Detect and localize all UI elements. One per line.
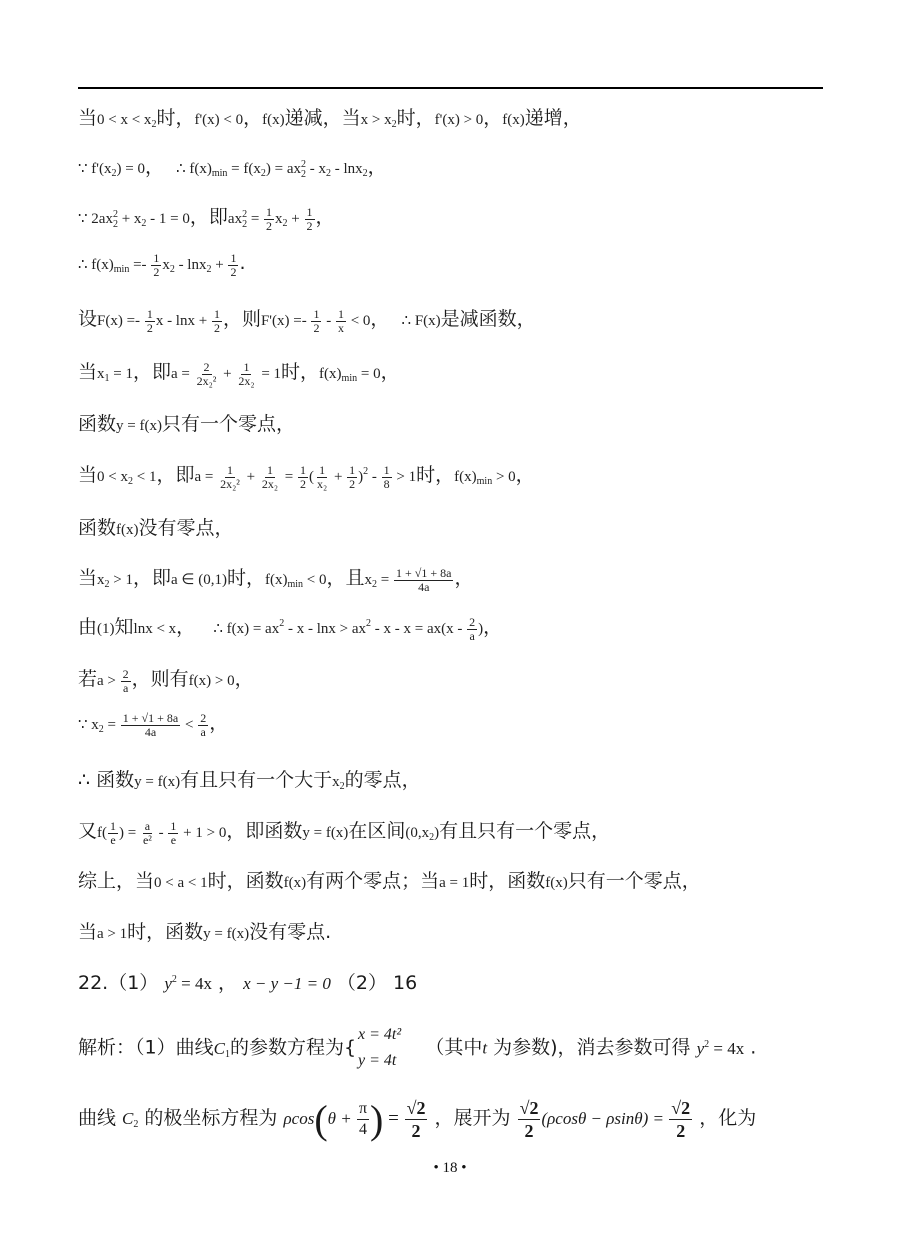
text: ， — [316, 206, 335, 228]
text: ，且 — [327, 567, 365, 589]
text: ，即 — [156, 464, 194, 486]
solution-line-15: 又f(1e) = ae² - 1e + 1 > 0，即函数y = f(x)在区间… — [78, 816, 610, 847]
math-inline: a = 1 — [439, 875, 469, 891]
math-inline: 0 < x < x2 — [97, 112, 156, 128]
text: 时， — [416, 464, 454, 486]
text: ，即 — [133, 567, 171, 589]
math-inline: C1 — [214, 1039, 230, 1058]
text: 的零点， — [345, 769, 421, 791]
text: 综上，当 — [78, 870, 154, 892]
fraction: 12 — [212, 308, 222, 335]
math-inline: f(x) — [284, 875, 307, 891]
math-inline: f(x)min < 0 — [265, 572, 327, 588]
solution-line-5: 设F(x) =- 12x - lnx + 12，则F'(x) =- 12 - 1… — [78, 304, 536, 335]
text: ，则有 — [132, 668, 189, 690]
fraction: 1 + √1 + 8a4a — [121, 712, 180, 739]
math-inline: a = 22x₂² + 12x₂ = 1 — [171, 366, 281, 382]
text: 当 — [78, 921, 97, 943]
text: ， — [483, 107, 502, 129]
solution-line-16: 综上，当0 < a < 1时，函数f(x)有两个零点；当a = 1时，函数f(x… — [78, 866, 701, 893]
text: 时， — [156, 107, 194, 129]
solution-line-6: 当x1 = 1，即a = 22x₂² + 12x₂ = 1时，f(x)min =… — [78, 357, 400, 388]
math-inline: x1 = 1 — [97, 366, 133, 382]
math-inline: f(1e) = ae² - 1e + 1 > 0 — [97, 825, 226, 841]
text: 时， — [227, 567, 265, 589]
text: ， — [243, 107, 262, 129]
fraction: 12 — [347, 464, 357, 491]
text: 当 — [78, 567, 97, 589]
text: 没有零点. — [249, 921, 331, 943]
math-inline: F'(x) =- 12 - 1x < 0 — [261, 313, 370, 329]
parametric-system: x = 4t²y = 4t — [358, 1022, 401, 1074]
math-inline: F(x) =- 12x - lnx + 12 — [97, 313, 223, 329]
math-inline: x > x2 — [361, 112, 397, 128]
solution-line-7: 函数y = f(x)只有一个零点， — [78, 409, 295, 436]
fraction: 1x₂ — [315, 464, 329, 491]
math-inline: y = f(x) — [203, 926, 249, 942]
math-inline: x − y −1 = 0 — [243, 974, 331, 993]
math-inline: a > 2a — [97, 673, 132, 689]
solution-line-14: ∴ 函数y = f(x)有且只有一个大于x2的零点， — [78, 765, 421, 792]
fraction: 1e — [168, 820, 178, 847]
solution-line-9: 函数f(x)没有零点， — [78, 513, 234, 540]
fraction: 12 — [151, 252, 161, 279]
solution-line-8: 当0 < x2 < 1，即a = 12x₂² + 12x₂ = 12(1x₂ +… — [78, 460, 535, 491]
fraction: 22x₂² — [195, 361, 219, 388]
text: 在区间 — [348, 820, 405, 842]
solution-line-17: 当a > 1时，函数y = f(x)没有零点. — [78, 917, 331, 944]
text: ，化为 — [693, 1107, 756, 1129]
solution-line-10: 当x2 > 1，即a ∈ (0,1)时，f(x)min < 0，且x2 = 1 … — [78, 563, 473, 594]
math-inline: y = f(x) — [302, 825, 348, 841]
text: ， — [454, 567, 473, 589]
text: 没有零点， — [139, 517, 234, 539]
math-inline: (1) — [97, 621, 115, 637]
solution-line-4: ∴ f(x)min =- 12x2 - lnx2 + 12. — [78, 252, 246, 279]
analysis-line-1: 解析：（1）曲线C1的参数方程为{x = 4t²y = 4t （其中t 为参数)… — [78, 1022, 756, 1074]
math-inline: x2 = 1 + √1 + 8a4a — [365, 572, 455, 588]
fraction: 12x₂² — [218, 464, 242, 491]
fraction: √22 — [518, 1097, 541, 1142]
math-inline: ∵ f'(x2) = 0 — [78, 161, 145, 177]
math-inline: y = f(x) — [116, 418, 162, 434]
text: 时，函数 — [127, 921, 203, 943]
text: 有且只有一个零点， — [439, 820, 610, 842]
text: . — [239, 252, 245, 274]
text: ， — [483, 616, 502, 638]
math-inline: f'(x) > 0 — [435, 112, 484, 128]
math-inline: a > 1 — [97, 926, 127, 942]
text: ， — [212, 972, 243, 994]
text: ， — [209, 712, 228, 734]
math-inline: ax22 = 12x2 + 12 — [228, 211, 316, 227]
text: 函数 — [78, 517, 116, 539]
text: 递减，当 — [285, 107, 361, 129]
text: 又 — [78, 820, 97, 842]
text: 曲线 — [78, 1107, 122, 1129]
math-inline: f(x) — [262, 112, 285, 128]
fraction: 12x₂ — [236, 361, 256, 388]
math-inline: C2 — [122, 1109, 138, 1128]
text: （2） 16 — [331, 972, 417, 994]
text: ，即 — [190, 206, 228, 228]
solution-line-2: ∵ f'(x2) = 0， ∴ f(x)min = f(x2) = ax22 -… — [78, 152, 387, 180]
text: 时，函数 — [208, 870, 284, 892]
math-inline: (0,x2) — [405, 825, 439, 841]
math-inline: ∴ F(x) — [402, 313, 441, 329]
question-number: 22.（1） — [78, 972, 164, 994]
text: 当 — [78, 361, 97, 383]
text: 时， — [281, 361, 319, 383]
math-inline: f(x)min = 0 — [319, 366, 381, 382]
fraction: 12x₂ — [260, 464, 280, 491]
text: 的极坐标方程为 — [138, 1107, 283, 1129]
text: 是减函数， — [441, 308, 536, 330]
fraction: 2a — [467, 616, 477, 643]
text: ， — [370, 308, 389, 330]
fraction: 18 — [382, 464, 392, 491]
fraction: 1x — [336, 308, 346, 335]
fraction: ae² — [141, 820, 154, 847]
fraction: 12 — [305, 206, 315, 233]
text: （其中 — [425, 1037, 482, 1059]
math-inline: 0 < a < 1 — [154, 875, 208, 891]
text: 有且只有一个大于 — [180, 769, 332, 791]
answer-line-22: 22.（1） y2 = 4x ， x − y −1 = 0 （2） 16 — [78, 968, 417, 995]
math-inline: ∴ f(x)min =- 12x2 - lnx2 + 12 — [78, 257, 239, 273]
text: ， — [368, 156, 387, 178]
text: 只有一个零点， — [568, 870, 701, 892]
text: 时， — [397, 107, 435, 129]
text: ，即函数 — [226, 820, 302, 842]
fraction: 12 — [228, 252, 238, 279]
text: 设 — [78, 308, 97, 330]
solution-line-3: ∵ 2ax22 + x2 - 1 = 0，即ax22 = 12x2 + 12， — [78, 202, 335, 233]
text: ，展开为 — [428, 1107, 516, 1129]
fraction: √22 — [405, 1097, 428, 1142]
math-inline: f'(x) < 0 — [194, 112, 243, 128]
math-inline: a ∈ (0,1) — [171, 572, 227, 588]
math-inline: f(x)min > 0 — [454, 469, 516, 485]
text: 由 — [78, 616, 97, 638]
analysis-line-2: 曲线 C2 的极坐标方程为 ρcos(θ + π4) = √22 ，展开为 √2… — [78, 1096, 756, 1143]
math-inline: f(x) — [545, 875, 568, 891]
text: 的参数方程为{ — [230, 1037, 356, 1059]
math-inline: x2 — [332, 774, 345, 790]
math-inline: ∵ 2ax22 + x2 - 1 = 0 — [78, 211, 190, 227]
solution-line-12: 若a > 2a，则有f(x) > 0， — [78, 664, 254, 695]
page-number: • 18 • — [0, 1160, 900, 1177]
text: ， — [176, 616, 195, 638]
solution-line-1: 当0 < x < x2时，f'(x) < 0，f(x)递减，当x > x2时，f… — [78, 103, 582, 130]
math-inline: lnx < x — [134, 621, 177, 637]
text: 当 — [78, 464, 97, 486]
text: 若 — [78, 668, 97, 690]
text: ， — [381, 361, 400, 383]
math-inline: f(x) — [502, 112, 525, 128]
text: . — [744, 1037, 756, 1059]
text: 有两个零点；当 — [306, 870, 439, 892]
text: ， — [235, 668, 254, 690]
header-rule — [78, 87, 823, 89]
math-inline: y = f(x) — [134, 774, 180, 790]
text: 函数 — [78, 413, 116, 435]
math-inline: ∵ x2 = 1 + √1 + 8a4a < 2a — [78, 717, 209, 733]
text: ∴ 函数 — [78, 769, 134, 791]
math-inline: f(x) > 0 — [189, 673, 235, 689]
math-inline: √22(ρcosθ − ρsinθ) = √22 — [517, 1108, 694, 1129]
fraction: 12 — [145, 308, 155, 335]
fraction: 12 — [311, 308, 321, 335]
text: 为参数)，消去参数可得 — [487, 1037, 697, 1059]
fraction: 2a — [121, 668, 131, 695]
text: 递增， — [525, 107, 582, 129]
fraction: 2a — [198, 712, 208, 739]
text: 当 — [78, 107, 97, 129]
math-inline: a = 12x₂² + 12x₂ = 12(1x₂ + 12)2 - 18 > … — [194, 469, 416, 485]
text: 解析：（1）曲线 — [78, 1037, 214, 1059]
solution-line-13: ∵ x2 = 1 + √1 + 8a4a < 2a， — [78, 708, 228, 739]
text: ，即 — [133, 361, 171, 383]
fraction: √22 — [669, 1097, 692, 1142]
math-inline: y2 = 4x — [697, 1039, 745, 1058]
solution-line-11: 由(1)知lnx < x， ∴ f(x) = ax2 - x - lnx > a… — [78, 612, 502, 643]
fraction: 12 — [264, 206, 274, 233]
math-inline: ∴ f(x)min = f(x2) = ax22 - x2 - lnx2 — [176, 161, 368, 177]
text: ，则 — [223, 308, 261, 330]
math-inline: 0 < x2 < 1 — [97, 469, 156, 485]
math-inline: f(x) — [116, 522, 139, 538]
math-inline: ρcos(θ + π4) = √22 — [283, 1108, 428, 1129]
text: ， — [145, 156, 164, 178]
fraction: 1e — [108, 820, 118, 847]
math-inline: x2 > 1 — [97, 572, 133, 588]
math-inline: y2 = 4x — [164, 974, 212, 993]
fraction: π4 — [357, 1099, 369, 1140]
text: 知 — [115, 616, 134, 638]
text: 只有一个零点， — [162, 413, 295, 435]
math-inline: ∴ f(x) = ax2 - x - lnx > ax2 - x - x = a… — [213, 621, 483, 637]
fraction: 1 + √1 + 8a4a — [394, 567, 453, 594]
text: ， — [516, 464, 535, 486]
fraction: 12 — [298, 464, 308, 491]
text: 时，函数 — [469, 870, 545, 892]
